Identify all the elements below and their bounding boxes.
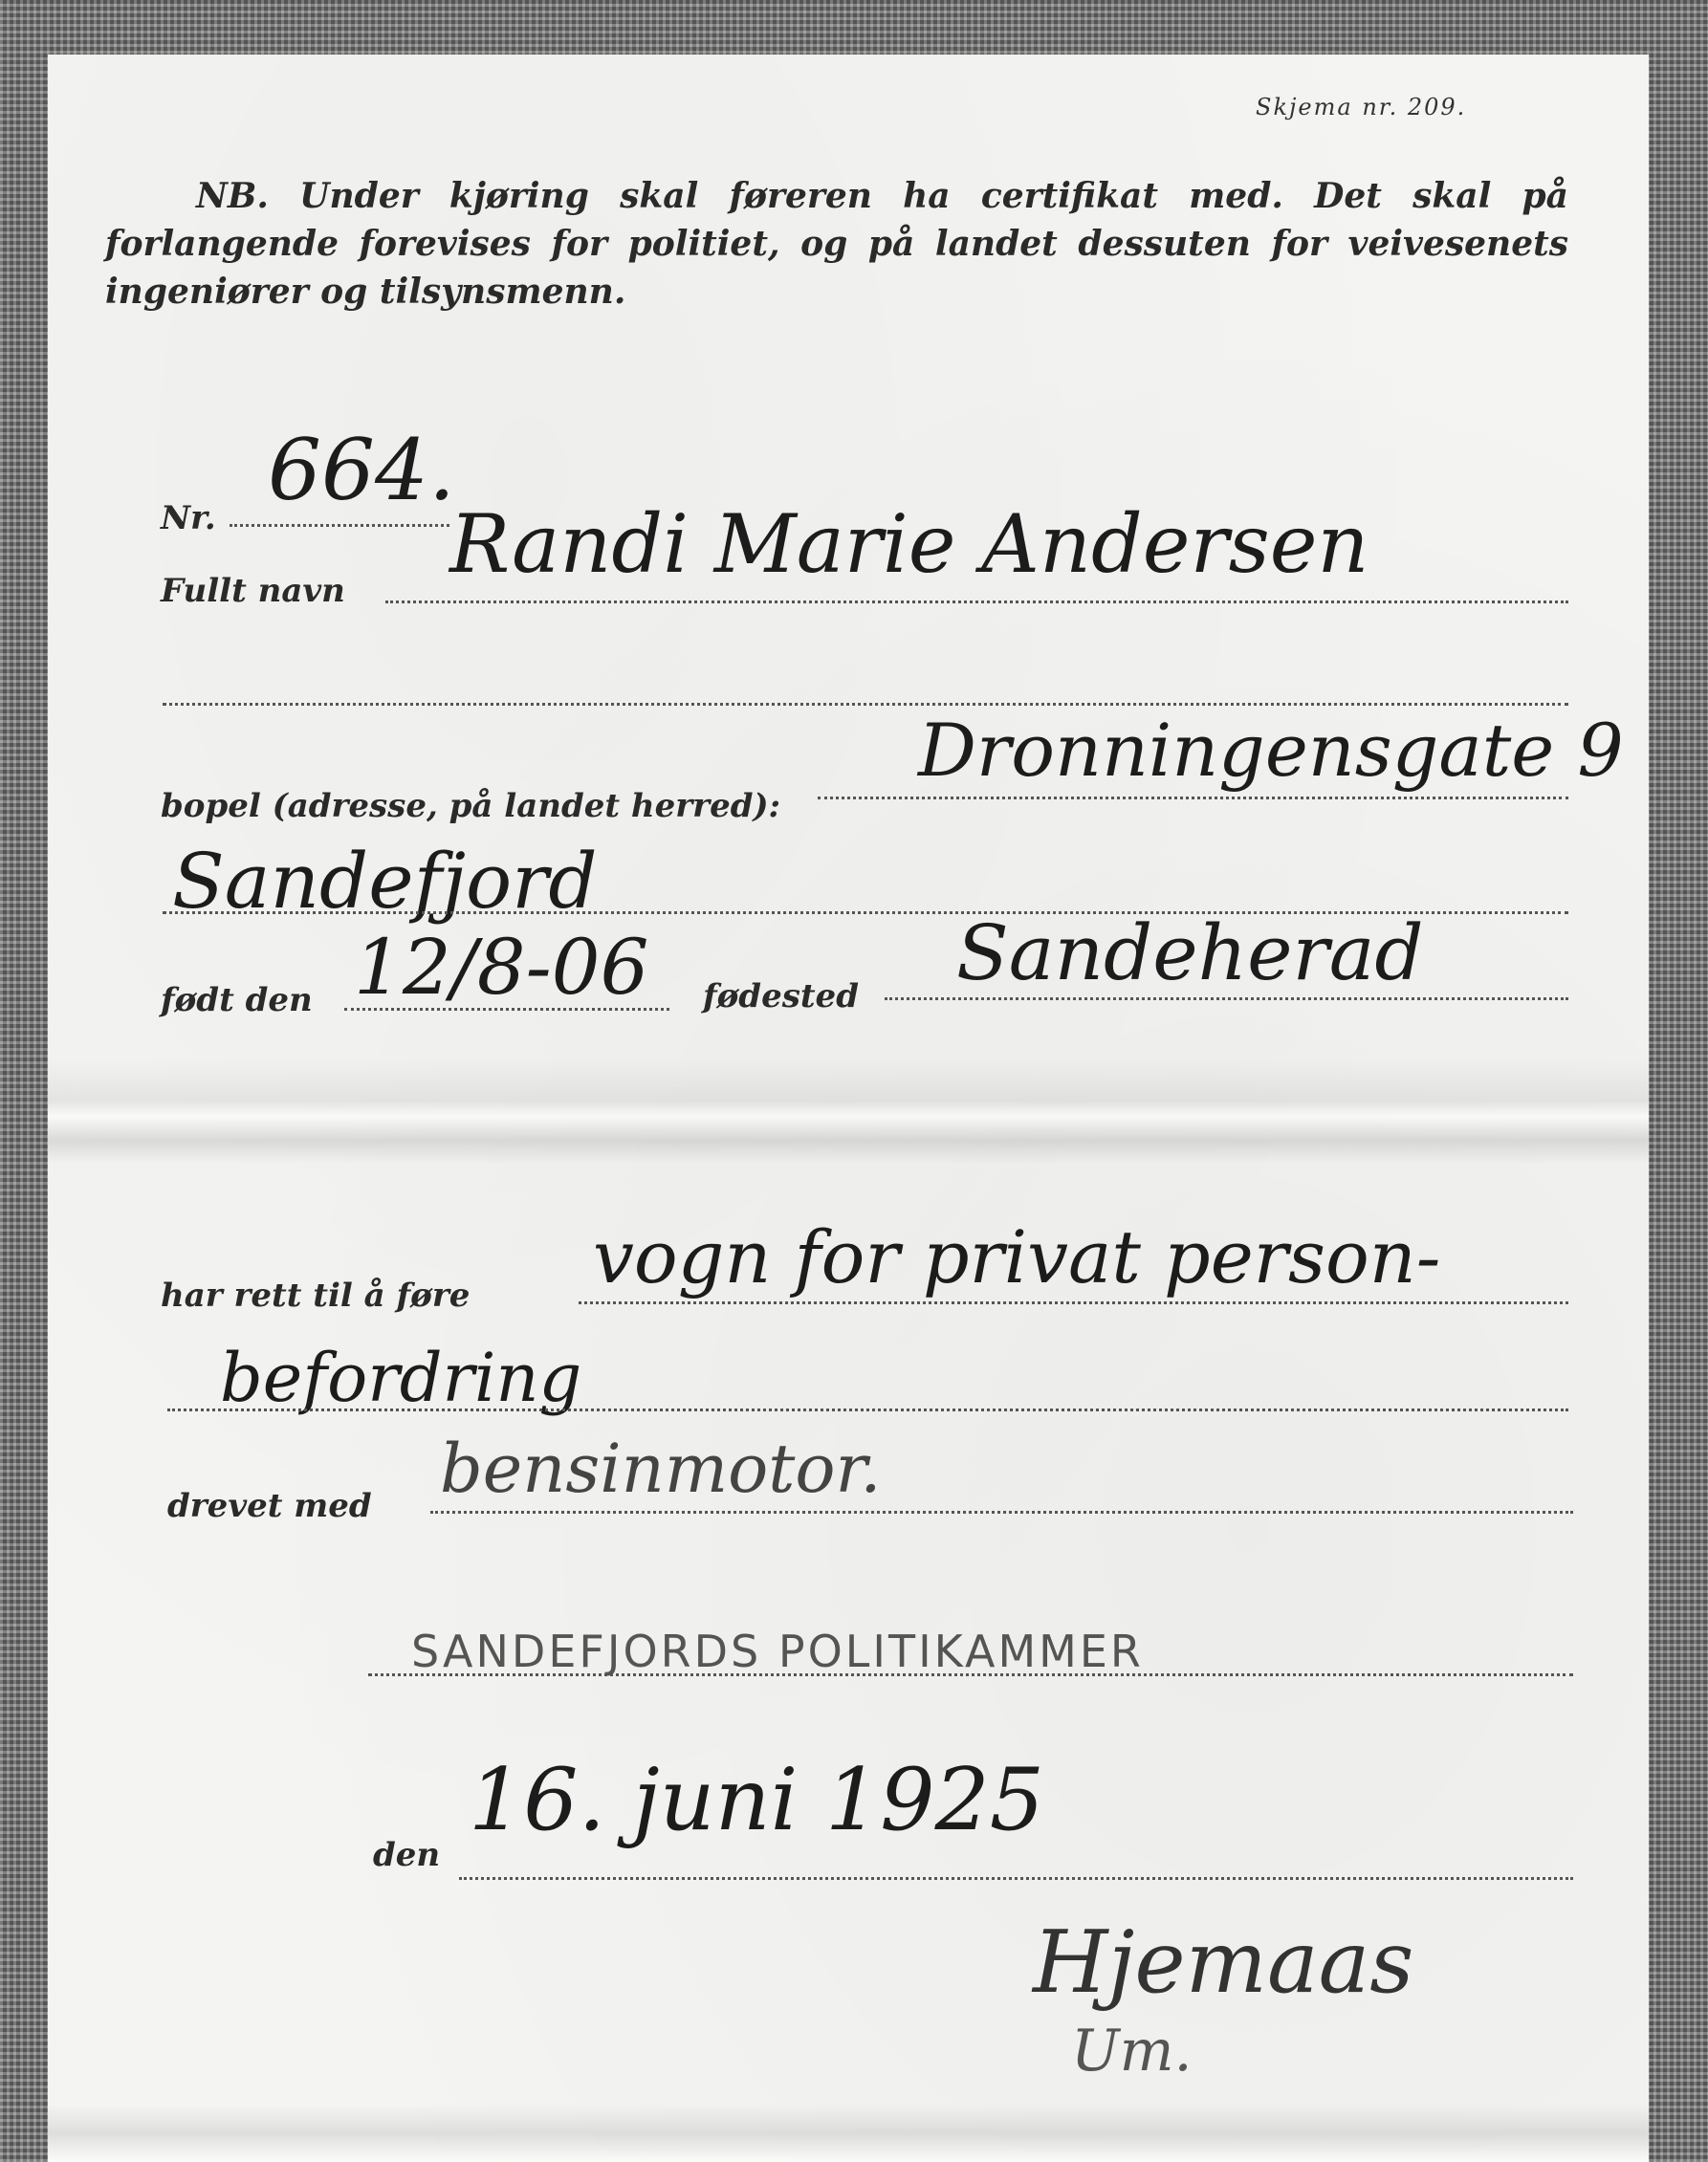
label-birthplace: fødested	[703, 977, 859, 1015]
form-number: Skjema nr. 209.	[1256, 94, 1466, 120]
line-full-name	[385, 601, 1568, 603]
label-entitled: har rett til å føre	[161, 1277, 470, 1315]
paper-fold-bottom	[48, 2105, 1649, 2162]
label-number: Nr.	[161, 499, 216, 537]
line-blank	[163, 703, 1568, 706]
value-born-date: 12/8-06	[354, 923, 648, 1012]
value-powered-by: bensinmotor.	[440, 1430, 882, 1508]
signature-suffix: Um.	[1071, 2018, 1193, 2085]
issuer-stamp: SANDEFJORDS POLITIKAMMER	[411, 1626, 1144, 1677]
line-entitled-1	[579, 1301, 1568, 1304]
line-stamp	[368, 1673, 1573, 1676]
line-residence-1	[818, 797, 1568, 799]
line-issue-date	[459, 1877, 1573, 1880]
value-entitled-line2: befordring	[220, 1339, 581, 1417]
label-powered-by: drevet med	[167, 1487, 372, 1525]
label-issue-date: den	[373, 1836, 440, 1874]
value-residence-line1: Dronningensgate 9	[918, 708, 1624, 793]
label-residence: bopel (adresse, på landet herred):	[161, 787, 780, 825]
label-full-name: Fullt navn	[161, 572, 345, 610]
value-issue-date: 16. juni 1925	[469, 1750, 1044, 1850]
value-birthplace: Sandeherad	[956, 908, 1424, 997]
signature: Hjemaas	[1033, 1912, 1414, 2013]
line-powered-by	[430, 1511, 1573, 1514]
notice-text: NB. Under kjøring skal føreren ha certif…	[105, 172, 1568, 316]
line-number	[230, 524, 449, 527]
value-number: 664.	[268, 421, 455, 519]
line-birthplace	[885, 997, 1568, 1000]
value-entitled-line1: vogn for privat person-	[593, 1214, 1440, 1299]
paper-fold	[48, 1059, 1649, 1164]
line-entitled-2	[167, 1409, 1568, 1411]
value-full-name: Randi Marie Andersen	[449, 497, 1369, 591]
label-born-date: født den	[161, 981, 313, 1019]
